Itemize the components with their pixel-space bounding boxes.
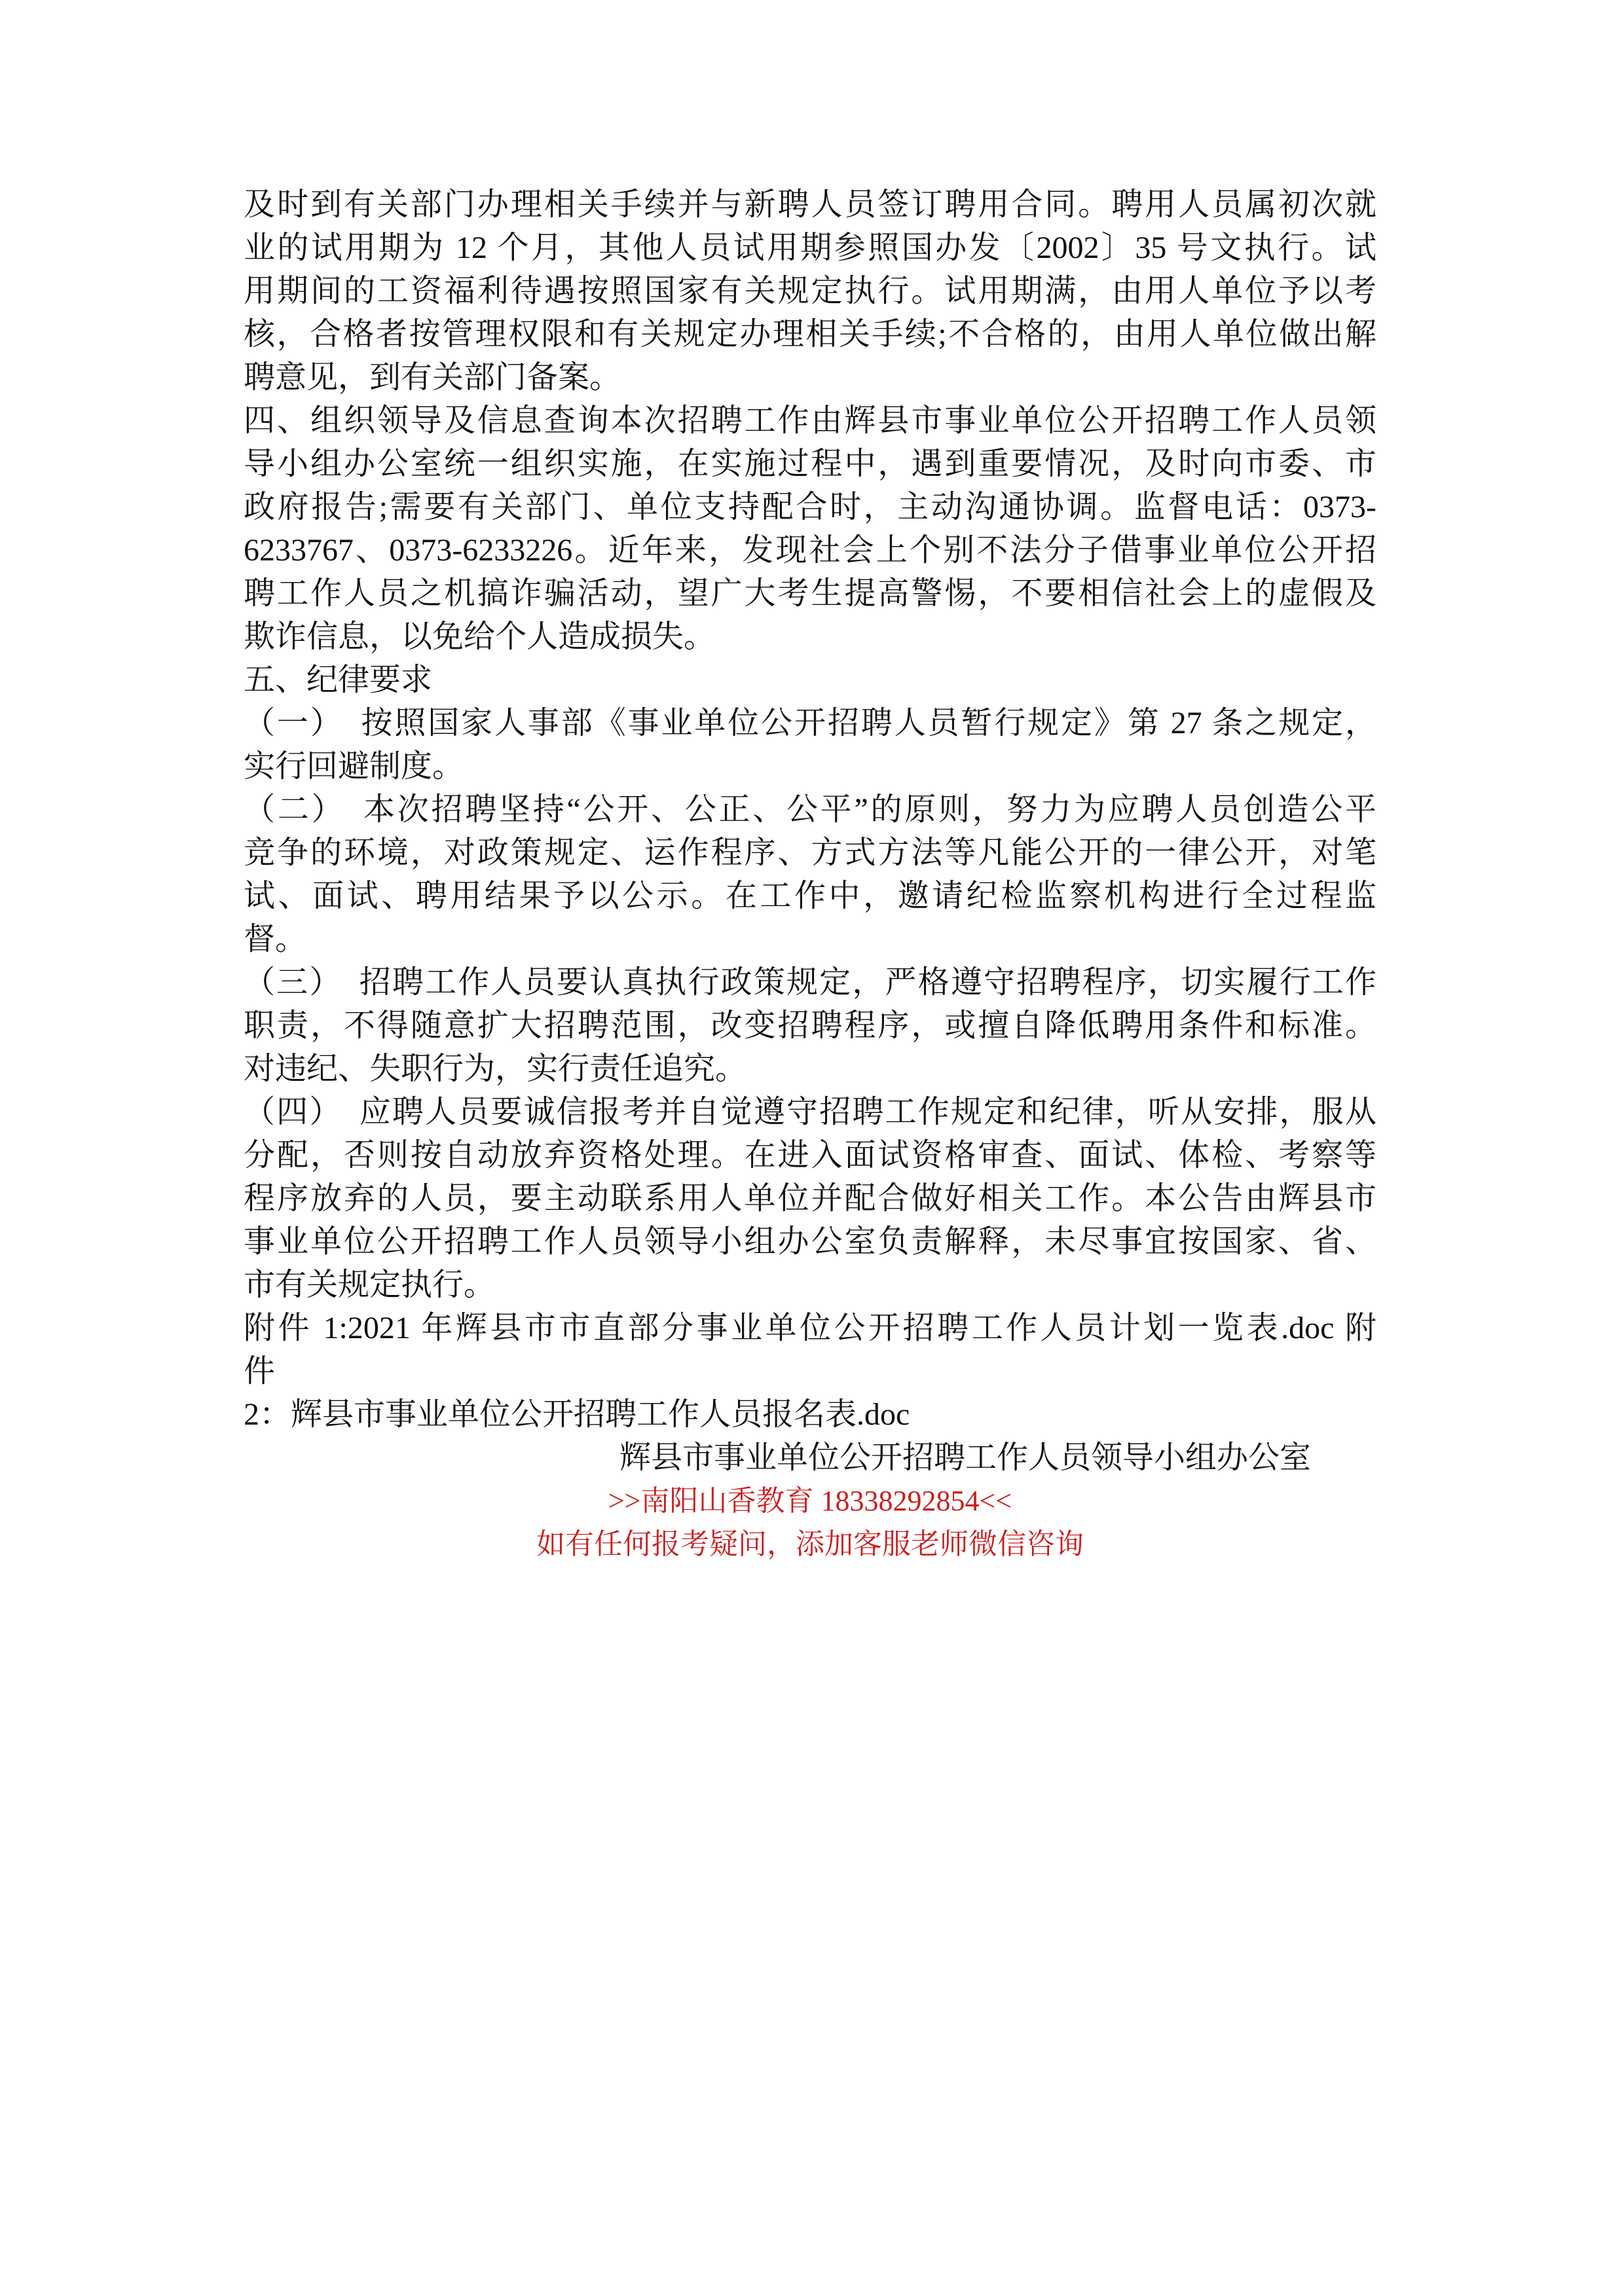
document-line: 用期间的工资福利待遇按照国家有关规定执行。试用期满，由用人单位予以考 [244, 270, 1376, 313]
document-line: 业的试用期为 12 个月，其他人员试用期参照国办发〔2002〕35 号文执行。试 [244, 227, 1376, 270]
document-line: 2：辉县市事业单位公开招聘工作人员报名表.doc [244, 1393, 1376, 1436]
document-line: 市有关规定执行。 [244, 1264, 1376, 1307]
document-page: 及时到有关部门办理相关手续并与新聘人员签订聘用合同。聘用人员属初次就业的试用期为… [0, 0, 1624, 2296]
promo-line: >>南阳山香教育 18338292854<< [244, 1480, 1376, 1523]
document-line: 分配，否则按自动放弃资格处理。在进入面试资格审查、面试、体检、考察等 [244, 1134, 1376, 1177]
document-line: （三） 招聘工作人员要认真执行政策规定，严格遵守招聘程序，切实履行工作 [244, 961, 1376, 1004]
document-line: 欺诈信息，以免给个人造成损失。 [244, 615, 1376, 659]
document-line: 聘意见，到有关部门备案。 [244, 356, 1376, 399]
document-line: 程序放弃的人员，要主动联系用人单位并配合做好相关工作。本公告由辉县市 [244, 1177, 1376, 1220]
document-line: 竞争的环境，对政策规定、运作程序、方式方法等凡能公开的一律公开，对笔 [244, 831, 1376, 875]
document-line: （一） 按照国家人事部《事业单位公开招聘人员暂行规定》第 27 条之规定， [244, 702, 1376, 745]
document-line: 督。 [244, 918, 1376, 961]
document-line: 试、面试、聘用结果予以公示。在工作中，邀请纪检监察机构进行全过程监 [244, 875, 1376, 918]
document-line: 导小组办公室统一组织实施，在实施过程中，遇到重要情况，及时向市委、市 [244, 443, 1376, 486]
document-line: （二） 本次招聘坚持“公开、公正、公平”的原则，努力为应聘人员创造公平 [244, 788, 1376, 831]
document-line: 五、纪律要求 [244, 659, 1376, 702]
document-line: 政府报告;需要有关部门、单位支持配合时，主动沟通协调。监督电话：0373- [244, 486, 1376, 529]
document-line: 事业单位公开招聘工作人员领导小组办公室负责解释，未尽事宜按国家、省、 [244, 1220, 1376, 1264]
document-body: 及时到有关部门办理相关手续并与新聘人员签订聘用合同。聘用人员属初次就业的试用期为… [244, 183, 1376, 1566]
document-line: （四） 应聘人员要诚信报考并自觉遵守招聘工作规定和纪律，听从安排，服从 [244, 1091, 1376, 1134]
signature-line: 辉县市事业单位公开招聘工作人员领导小组办公室 [244, 1436, 1376, 1480]
document-line: 6233767、0373-6233226。近年来，发现社会上个别不法分子借事业单… [244, 529, 1376, 572]
document-line: 职责，不得随意扩大招聘范围，改变招聘程序，或擅自降低聘用条件和标准。 [244, 1004, 1376, 1048]
document-line: 核，合格者按管理权限和有关规定办理相关手续;不合格的，由用人单位做出解 [244, 313, 1376, 356]
document-line: 件 [244, 1350, 1376, 1393]
document-line: 聘工作人员之机搞诈骗活动，望广大考生提高警惕，不要相信社会上的虚假及 [244, 572, 1376, 615]
document-line: 及时到有关部门办理相关手续并与新聘人员签订聘用合同。聘用人员属初次就 [244, 183, 1376, 227]
document-line: 附件 1:2021 年辉县市市直部分事业单位公开招聘工作人员计划一览表.doc … [244, 1307, 1376, 1350]
document-line: 四、组织领导及信息查询本次招聘工作由辉县市事业单位公开招聘工作人员领 [244, 399, 1376, 443]
document-line: 实行回避制度。 [244, 745, 1376, 788]
promo-line: 如有任何报考疑问，添加客服老师微信咨询 [244, 1523, 1376, 1566]
document-line: 对违纪、失职行为，实行责任追究。 [244, 1048, 1376, 1091]
